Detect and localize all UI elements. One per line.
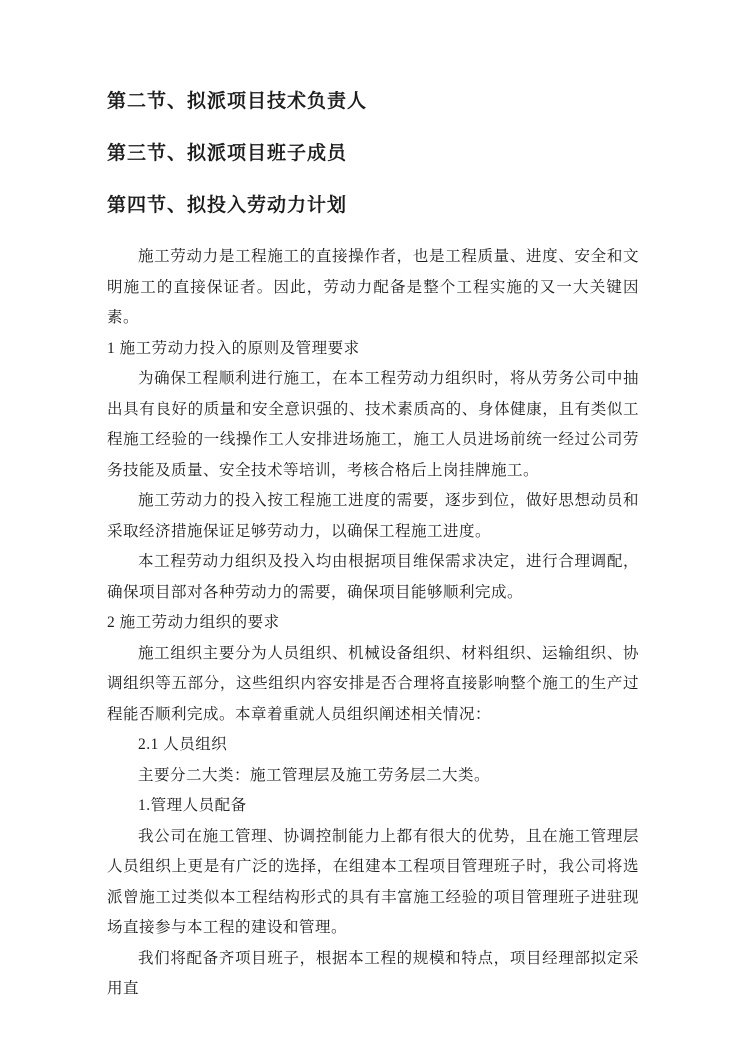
section-heading: 第四节、拟投入劳动力计划 [107, 196, 639, 216]
paragraph: 施工组织主要分为人员组织、机械设备组织、材料组织、运输组织、协调组织等五部分，这… [107, 639, 639, 731]
paragraph: 我公司在施工管理、协调控制能力上都有很大的优势，且在施工管理层人员组织上更是有广… [107, 822, 639, 944]
paragraph: 1.管理人员配备 [107, 791, 639, 822]
paragraph: 主要分二大类：施工管理层及施工劳务层二大类。 [107, 761, 639, 792]
section-heading: 第二节、拟派项目技术负责人 [107, 92, 639, 112]
document-content: 第二节、拟派项目技术负责人第三节、拟派项目班子成员第四节、拟投入劳动力计划施工劳… [107, 92, 639, 1005]
paragraph: 施工劳动力是工程施工的直接操作者，也是工程质量、进度、安全和文明施工的直接保证者… [107, 242, 639, 334]
section-heading: 第三节、拟派项目班子成员 [107, 144, 639, 164]
paragraph: 1 施工劳动力投入的原则及管理要求 [107, 334, 639, 365]
paragraph: 2 施工劳动力组织的要求 [107, 608, 639, 639]
document-page: 第二节、拟派项目技术负责人第三节、拟派项目班子成员第四节、拟投入劳动力计划施工劳… [0, 0, 744, 1052]
paragraph: 2.1 人员组织 [107, 730, 639, 761]
paragraph: 施工劳动力的投入按工程施工进度的需要，逐步到位，做好思想动员和采取经济措施保证足… [107, 486, 639, 547]
paragraph: 为确保工程顺利进行施工，在本工程劳动力组织时，将从劳务公司中抽出具有良好的质量和… [107, 364, 639, 486]
paragraph: 本工程劳动力组织及投入均由根据项目维保需求决定，进行合理调配，确保项目部对各种劳… [107, 547, 639, 608]
paragraph: 我们将配备齐项目班子，根据本工程的规模和特点，项目经理部拟定采用直 [107, 944, 639, 1005]
